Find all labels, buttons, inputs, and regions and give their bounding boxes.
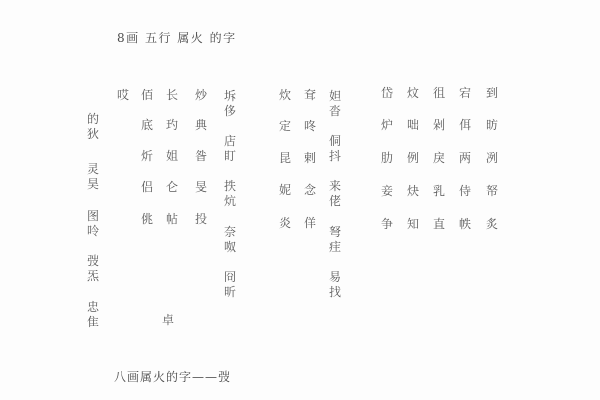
character-cell: 乳 [432, 184, 446, 199]
footer-line: 八画属火的字——弢 [114, 368, 231, 385]
character-cell: 炘 [140, 149, 154, 164]
character-cell: 念 [303, 183, 317, 198]
document-page: 8画 五行 属火 的字 的狄 灵昊 图呤 弢炁 忠隹 哎 佰 底 炘 侣 佻 长… [0, 0, 600, 400]
character-cell: 妲沓 [328, 89, 342, 119]
character-cell: 剁 [432, 118, 446, 133]
character-cell: 侣 [140, 180, 154, 195]
character-cell: 帑 [485, 184, 499, 199]
character-cell: 炔 [406, 184, 420, 199]
character-cell: 例 [406, 151, 420, 166]
character-cell: 戾 [432, 151, 446, 166]
character-cell: 岱 [380, 86, 394, 101]
character-cell: 肋 [380, 151, 394, 166]
character-cell: 侗抖 [328, 134, 342, 164]
character-cell: 咄 [406, 118, 420, 133]
character-cell: 旻 [194, 180, 208, 195]
character-cell: 坼侈 [223, 89, 237, 119]
character-cell: 佻 [140, 212, 154, 227]
character-cell: 抶炕 [223, 179, 237, 209]
character-cell: 妾 [380, 184, 394, 199]
character-cell: 炆 [406, 86, 420, 101]
character-cell: 冏昕 [223, 270, 237, 300]
character-cell: 炉 [380, 118, 394, 133]
character-cell: 帙 [458, 217, 472, 232]
character-cell: 佴 [458, 118, 472, 133]
character-cell: 知 [406, 217, 420, 232]
character-cell: 炊 [278, 88, 292, 103]
character-cell: 佰 [140, 88, 154, 103]
character-cell: 忠隹 [86, 300, 100, 330]
page-title: 8画 五行 属火 的字 [117, 29, 237, 46]
character-cell: 易找 [328, 270, 342, 300]
character-cell: 两 [458, 151, 472, 166]
character-cell: 来佬 [328, 179, 342, 209]
character-cell: 冽 [485, 151, 499, 166]
character-cell: 咚 [303, 119, 317, 134]
character-cell: 妮 [278, 183, 292, 198]
character-cell: 徂 [432, 86, 446, 101]
character-cell: 争 [380, 217, 394, 232]
character-cell: 玓 [165, 118, 179, 133]
character-cell: 昆 [278, 151, 292, 166]
character-cell: 帖 [165, 212, 179, 227]
character-cell: 到 [485, 86, 499, 101]
character-cell: 的狄 [86, 112, 100, 142]
character-cell: 弢炁 [86, 254, 100, 284]
character-cell: 昝 [194, 149, 208, 164]
character-cell: 昉 [485, 118, 499, 133]
character-cell: 炒 [194, 88, 208, 103]
character-cell: 长 [165, 88, 179, 103]
character-cell: 奈呶 [223, 225, 237, 255]
character-cell: 图呤 [86, 209, 100, 239]
character-cell: 灵昊 [86, 162, 100, 192]
character-cell: 定 [278, 119, 292, 134]
character-cell: 仑 [165, 180, 179, 195]
character-cell: 店盯 [223, 134, 237, 164]
character-cell: 卓 [161, 313, 175, 328]
character-cell: 侍 [458, 184, 472, 199]
character-cell: 底 [140, 118, 154, 133]
character-cell: 炎 [278, 216, 292, 231]
character-cell: 弩疰 [328, 225, 342, 255]
character-cell: 典 [194, 118, 208, 133]
character-cell: 直 [432, 217, 446, 232]
character-cell: 姐 [165, 149, 179, 164]
character-cell: 宕 [458, 86, 472, 101]
character-cell: 耷 [303, 88, 317, 103]
character-cell: 佯 [303, 216, 317, 231]
character-cell: 哎 [116, 88, 130, 103]
character-cell: 投 [194, 212, 208, 227]
character-cell: 炙 [485, 217, 499, 232]
character-cell: 剌 [303, 151, 317, 166]
